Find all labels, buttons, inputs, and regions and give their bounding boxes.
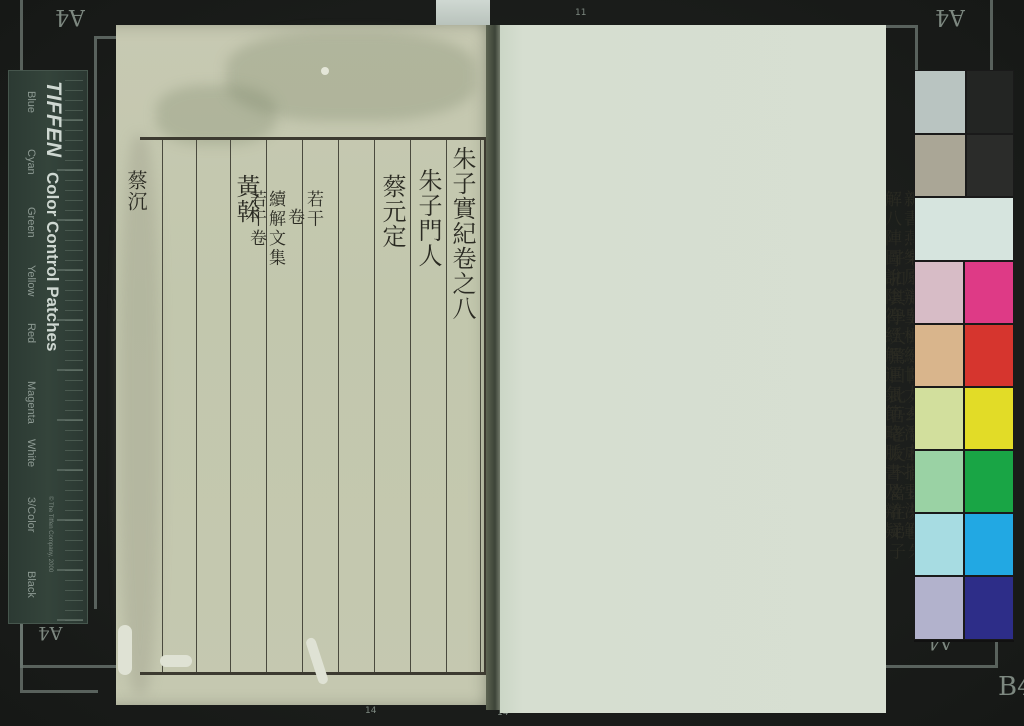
tiffen-brand-logo: TIFFEN xyxy=(42,81,65,158)
frame-guide-line xyxy=(990,0,993,70)
patch-mid-gray xyxy=(914,134,966,197)
color-label: Red xyxy=(25,323,37,381)
tiffen-title-block: TIFFEN Color Control Patches xyxy=(41,81,65,351)
guide-label-b4: B4 xyxy=(998,672,1024,702)
patch-light-cyan xyxy=(914,513,964,576)
person-name-cai-chen: 蔡沉 xyxy=(126,170,146,212)
patch-light-gray xyxy=(914,70,966,134)
book-left-page: 朱子實紀卷之八 朱子門人 蔡元定 字季通建州建陽人學者稱西山先生朱 子扣其學大驚… xyxy=(116,25,500,705)
guide-label-a4-top-left: A4 xyxy=(55,4,85,29)
patch-light-pink xyxy=(914,261,964,324)
ruler-tick-label: 11 xyxy=(575,8,586,18)
color-label: 3/Color xyxy=(25,497,37,571)
color-label: Magenta xyxy=(25,381,37,439)
water-stain xyxy=(156,85,276,145)
tiffen-color-control-strip: TIFFEN Color Control Patches Blue Cyan G… xyxy=(8,70,88,624)
patch-red xyxy=(964,324,1014,387)
patch-navy xyxy=(964,576,1014,640)
color-label: Black xyxy=(25,571,37,624)
patch-green xyxy=(964,450,1014,513)
patch-light-tan xyxy=(914,324,964,387)
guide-label-a4-bottom-left: A4 xyxy=(38,622,62,643)
paper-tab xyxy=(436,0,490,26)
paper-tear xyxy=(160,655,192,667)
paper-hole xyxy=(321,67,329,75)
color-label: Cyan xyxy=(25,149,37,207)
patch-cyan xyxy=(964,513,1014,576)
patch-yellow xyxy=(964,387,1014,450)
book-right-page-blank xyxy=(500,25,886,713)
patch-black xyxy=(966,134,1014,197)
guide-label-a4-top-right: A4 xyxy=(935,4,965,29)
color-label: Blue xyxy=(25,91,37,149)
paper-tear xyxy=(118,625,132,675)
printed-text-frame: 朱子實紀卷之八 朱子門人 蔡元定 字季通建州建陽人學者稱西山先生朱 子扣其學大驚… xyxy=(140,137,487,675)
patch-light-green xyxy=(914,450,964,513)
patch-light-yellow xyxy=(914,387,964,450)
patch-light-violet xyxy=(914,576,964,640)
color-label: Green xyxy=(25,207,37,265)
tiffen-strip-title: Color Control Patches xyxy=(43,172,62,351)
color-patch-card xyxy=(914,70,1014,642)
tiffen-copyright: © The Tiffen Company, 2000 xyxy=(47,496,53,572)
tiffen-color-labels: Blue Cyan Green Yellow Red Magenta White… xyxy=(25,91,37,624)
color-label: White xyxy=(25,439,37,497)
patch-black xyxy=(966,70,1014,134)
color-label: Yellow xyxy=(25,265,37,323)
patch-white xyxy=(914,197,1014,261)
patch-magenta xyxy=(964,261,1014,324)
ruler-tick-label: 14 xyxy=(365,706,376,716)
